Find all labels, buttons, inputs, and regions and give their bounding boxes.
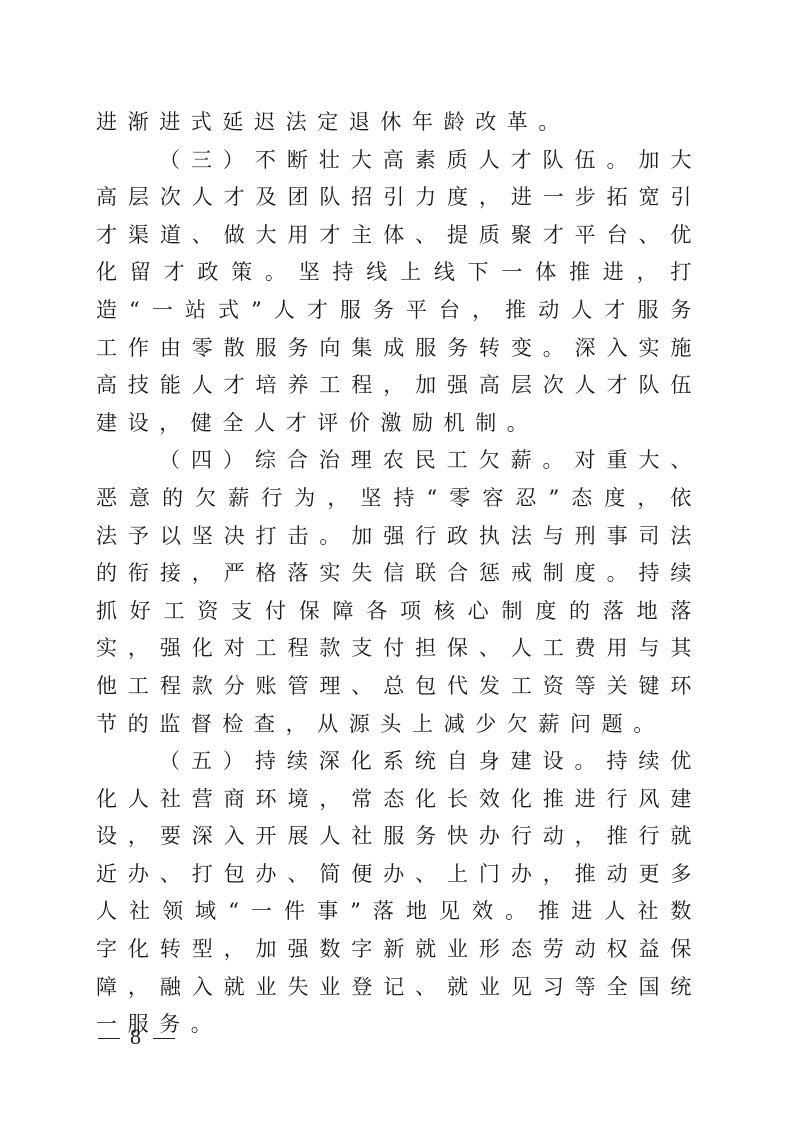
paragraph-continuation: 进渐进式延迟法定退休年龄改革。 [96,104,702,142]
paragraph-talent-team: （三）不断壮大高素质人才队伍。加大高层次人才及团队招引力度，进一步拓宽引才渠道、… [96,142,702,443]
paragraph-wage-arrears: （四）综合治理农民工欠薪。对重大、恶意的欠薪行为，坚持“零容忍”态度，依法予以坚… [96,442,702,743]
dash-right [153,1038,175,1039]
paragraph-system-building: （五）持续深化系统自身建设。持续优化人社营商环境，常态化长效化推进行风建设，要深… [96,743,702,1044]
page-number: 8 [98,1024,185,1050]
document-body: 进渐进式延迟法定退休年龄改革。 （三）不断壮大高素质人才队伍。加大高层次人才及团… [96,104,702,1044]
page-number-value: 8 [130,1024,143,1049]
dash-left [98,1038,120,1039]
